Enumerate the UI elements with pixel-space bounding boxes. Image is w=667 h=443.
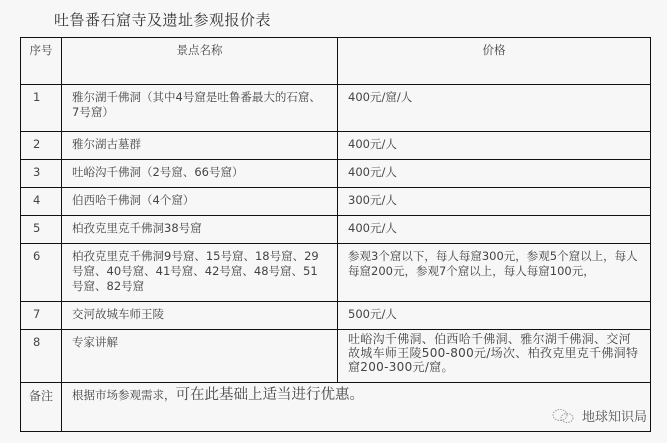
- row-no: 4: [21, 188, 62, 216]
- table-row: 1 雅尔湖千佛洞（其中4号窟是吐鲁番最大的石窟、7号窟） 400元/窟/人: [21, 85, 651, 132]
- row-name: 雅尔湖千佛洞（其中4号窟是吐鲁番最大的石窟、7号窟）: [62, 85, 338, 132]
- row-price: 参观3个窟以下，每人每窟300元，参观5个窟以上，每人每窟200元，参观7个窟以…: [338, 244, 651, 302]
- row-no: 3: [21, 160, 62, 188]
- row-price: 500元/人: [338, 302, 651, 330]
- table-row: 8 专家讲解 吐峪沟千佛洞、伯西哈千佛洞、雅尔湖千佛洞、交河故城车师王陵500-…: [21, 330, 651, 383]
- table-row: 7 交河故城车师王陵 500元/人: [21, 302, 651, 330]
- row-price: 400元/人: [338, 132, 651, 160]
- note-label: 备注: [21, 383, 62, 432]
- table-header-row: 序号 景点名称 价格: [21, 38, 651, 85]
- row-no: 1: [21, 85, 62, 132]
- row-name: 交河故城车师王陵: [62, 302, 338, 330]
- note-text-part2: 可在此基础上适当进行优惠。: [176, 387, 365, 403]
- row-no: 5: [21, 216, 62, 244]
- row-name: 伯西哈千佛洞（4个窟）: [62, 188, 338, 216]
- row-price: 吐峪沟千佛洞、伯西哈千佛洞、雅尔湖千佛洞、交河故城车师王陵500-800元/场次…: [338, 330, 651, 383]
- header-name: 景点名称: [62, 38, 338, 85]
- row-name: 专家讲解: [62, 330, 338, 383]
- row-name: 柏孜克里克千佛洞9号窟、15号窟、18号窟、29号窟、40号窟、41号窟、42号…: [62, 244, 338, 302]
- header-price: 价格: [338, 38, 651, 85]
- row-price: 400元/窟/人: [338, 85, 651, 132]
- row-no: 2: [21, 132, 62, 160]
- row-price: 300元/人: [338, 188, 651, 216]
- watermark-text: 地球知识局: [582, 406, 647, 425]
- header-no: 序号: [21, 38, 62, 85]
- row-name: 吐峪沟千佛洞（2号窟、66号窟）: [62, 160, 338, 188]
- row-no: 7: [21, 302, 62, 330]
- page-title: 吐鲁番石窟寺及遗址参观报价表: [54, 9, 271, 30]
- price-table: 序号 景点名称 价格 1 雅尔湖千佛洞（其中4号窟是吐鲁番最大的石窟、7号窟） …: [20, 37, 651, 432]
- row-name: 柏孜克里克千佛洞38号窟: [62, 216, 338, 244]
- row-no: 8: [21, 330, 62, 383]
- table-row: 2 雅尔湖古墓群 400元/人: [21, 132, 651, 160]
- table-row: 6 柏孜克里克千佛洞9号窟、15号窟、18号窟、29号窟、40号窟、41号窟、4…: [21, 244, 651, 302]
- table-row: 5 柏孜克里克千佛洞38号窟 400元/人: [21, 216, 651, 244]
- row-price: 400元/人: [338, 160, 651, 188]
- row-name: 雅尔湖古墓群: [62, 132, 338, 160]
- table-row: 3 吐峪沟千佛洞（2号窟、66号窟） 400元/人: [21, 160, 651, 188]
- watermark: 地球知识局: [550, 406, 647, 425]
- row-no: 6: [21, 244, 62, 302]
- wechat-icon: [550, 408, 576, 424]
- table-row: 4 伯西哈千佛洞（4个窟） 300元/人: [21, 188, 651, 216]
- row-price: 400元/人: [338, 216, 651, 244]
- note-text-part1: 根据市场参观需求，: [72, 388, 176, 402]
